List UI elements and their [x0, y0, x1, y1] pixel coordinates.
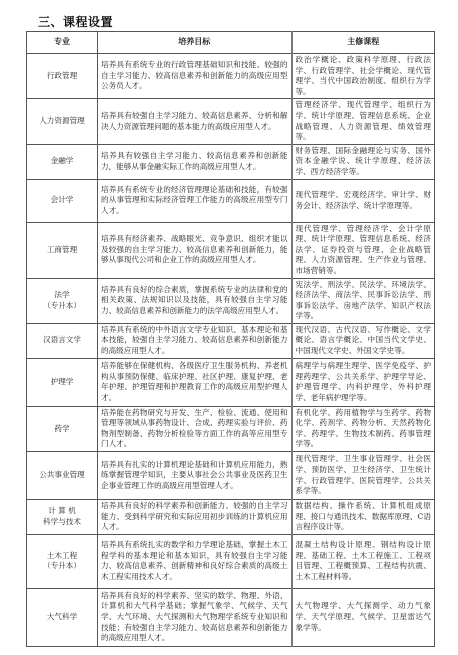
major-name: 法学: [30, 290, 94, 301]
major-name: 人力资源管理: [30, 116, 94, 127]
training-goal-cell: 培养具有经济素养、战略眼光、竞争意识、组织才能以及较强的自主学习能力、较高信息素…: [98, 222, 292, 278]
major-cell: 人力资源管理: [27, 99, 98, 144]
table-header-row: 专业 培养目标 主修课程: [27, 32, 435, 54]
major-name: 会计学: [30, 195, 94, 206]
main-courses-cell: 大气物理学、大气探测学、动力气象学、天气学原理、气候学、卫星雷达气象学等。: [292, 588, 435, 646]
major-name: 药学: [30, 424, 94, 435]
main-courses-cell: 现代管理学、管理经济学、会计学原理、统计学原理、管理信息系统、经济法学、证券投资…: [292, 222, 435, 278]
major-cell: 汉语言文学: [27, 323, 98, 358]
major-cell: 土木工程（专升本）: [27, 534, 98, 588]
table-row: 药学培养能在药物研究与开发、生产、检验、流通、使用和管理等领域从事药物设计、合成…: [27, 406, 435, 451]
table-row: 汉语言文学培养具有系统的中外语言文学专业知识、基本理论和基本技能，较强自主学习能…: [27, 323, 435, 358]
training-goal-cell: 培养具有较强自主学习能力、较高信息素养和创新能力，能够从事金融实际工作的高级应用…: [98, 144, 292, 179]
training-goal-cell: 培养具有系统专业的经济管理理论基础和技能，有较强的从事管理和实际经济管理工作能力…: [98, 179, 292, 222]
major-cell: 计 算 机科学与技术: [27, 500, 98, 535]
main-courses-cell: 病理学与病理生理学、医学免疫学、护理药理学、公共关系学、护理学导论、护理管理学、…: [292, 358, 435, 406]
header-goal: 培养目标: [98, 32, 292, 54]
major-subtitle: （专升本）: [30, 561, 94, 572]
major-name: 大气科学: [30, 612, 94, 623]
main-courses-cell: 现代管理学、宏观经济学、审计学、财务会计、经济法学、统计学原理等。: [292, 179, 435, 222]
header-courses: 主修课程: [292, 32, 435, 54]
training-goal-cell: 培养能在药物研究与开发、生产、检验、流通、使用和管理等领域从事药物设计、合成、药…: [98, 406, 292, 451]
major-cell: 金融学: [27, 144, 98, 179]
main-courses-cell: 现代管理学、卫生事业管理学、社会医学、预防医学、卫生经济学、卫生统计学、行政管理…: [292, 452, 435, 500]
major-cell: 行政管理: [27, 54, 98, 99]
main-courses-cell: 财务管理、国际金融理论与实务、国外资本金融学说、统计学原理、经济法学、西方经济学…: [292, 144, 435, 179]
major-name: 计 算 机: [30, 506, 94, 517]
major-subtitle: （专升本）: [30, 301, 94, 312]
major-name: 金融学: [30, 156, 94, 167]
training-goal-cell: 培养具有扎实的计算机理论基础和计算机应用能力，熟练掌握管理学知识，主要从事社会公…: [98, 452, 292, 500]
major-name: 行政管理: [30, 71, 94, 82]
table-row: 大气科学培养具有良好的科学素养、坚实的数学、物理、外语、计算机和大气科学基础；掌…: [27, 588, 435, 646]
major-cell: 工商管理: [27, 222, 98, 278]
major-cell: 护理学: [27, 358, 98, 406]
main-courses-cell: 数据结构、操作系统、计算机组成原理、接口与通讯技术、数据库原理、C语言程序设计等…: [292, 500, 435, 535]
main-courses-cell: 管理经济学、现代管理学、组织行为学、统计学原理、管理信息系统、企业战略管理、人力…: [292, 99, 435, 144]
section-title: 三、课程设置: [38, 13, 113, 30]
table-row: 法学（专升本）培养具有良好的综合素质，掌握系统专业的法律和党的相关政策、法规知识…: [27, 278, 435, 323]
main-courses-cell: 政治学概论、政策科学原理、行政法学、行政管理学、社会学概论、现代管理学、当代中国…: [292, 54, 435, 99]
training-goal-cell: 培养具有系统的中外语言文学专业知识、基本理论和基本技能，较强自主学习能力、较高信…: [98, 323, 292, 358]
training-goal-cell: 培养具有较强自主学习能力、较高信息素养、分析和解决人力资源管理问题的基本能力的高…: [98, 99, 292, 144]
table-row: 护理学培养能够在保健机构、各级医疗卫生服务机构、养老机构从事预防保健、临床护理、…: [27, 358, 435, 406]
table-row: 土木工程（专升本）培养具有系统扎实的数学和力学理论基础，掌握土木工程学科的基本理…: [27, 534, 435, 588]
major-name: 公共事业管理: [30, 470, 94, 481]
main-courses-cell: 宪法学、刑法学、民法学、环境法学、经济法学、商法学、民事诉讼法学、刑事诉讼法学、…: [292, 278, 435, 323]
major-name: 护理学: [30, 377, 94, 388]
curriculum-table: 专业 培养目标 主修课程 行政管理培养具有系统专业的行政管理基础知识和技能、较强…: [26, 31, 435, 647]
table-row: 行政管理培养具有系统专业的行政管理基础知识和技能、较强的自主学习能力、较高信息素…: [27, 54, 435, 99]
major-name: 工商管理: [30, 245, 94, 256]
main-courses-cell: 混凝土结构设计原理、钢结构设计原理、基础工程、土木工程施工、工程项目管理、工程概…: [292, 534, 435, 588]
major-name: 汉语言文学: [30, 335, 94, 346]
table-row: 人力资源管理培养具有较强自主学习能力、较高信息素养、分析和解决人力资源管理问题的…: [27, 99, 435, 144]
major-cell: 法学（专升本）: [27, 278, 98, 323]
major-subtitle: 科学与技术: [30, 517, 94, 528]
training-goal-cell: 培养具有良好的科学素养、坚实的数学、物理、外语、计算机和大气科学基础；掌握气象学…: [98, 588, 292, 646]
training-goal-cell: 培养具有系统专业的行政管理基础知识和技能、较强的自主学习能力、较高信息素养和创新…: [98, 54, 292, 99]
training-goal-cell: 培养具有良好的科学素养和创新能力、较强的自主学习能力、受到科学研究和实际应用初步…: [98, 500, 292, 535]
main-courses-cell: 现代汉语、古代汉语、写作概论、文学概论、语言学概论、中国当代文学史、中国现代文学…: [292, 323, 435, 358]
table-row: 计 算 机科学与技术培养具有良好的科学素养和创新能力、较强的自主学习能力、受到科…: [27, 500, 435, 535]
major-cell: 药学: [27, 406, 98, 451]
header-major: 专业: [27, 32, 98, 54]
main-courses-cell: 有机化学、药用植物学与生药学、药物化学、药剂学、药物分析、天然药物化学、药理学、…: [292, 406, 435, 451]
training-goal-cell: 培养能够在保健机构、各级医疗卫生服务机构、养老机构从事预防保健、临床护理、社区护…: [98, 358, 292, 406]
major-cell: 大气科学: [27, 588, 98, 646]
major-name: 土木工程: [30, 551, 94, 562]
table-row: 金融学培养具有较强自主学习能力、较高信息素养和创新能力，能够从事金融实际工作的高…: [27, 144, 435, 179]
table-row: 工商管理培养具有经济素养、战略眼光、竞争意识、组织才能以及较强的自主学习能力、较…: [27, 222, 435, 278]
training-goal-cell: 培养具有系统扎实的数学和力学理论基础，掌握土木工程学科的基本理论和基本知识，具有…: [98, 534, 292, 588]
table-row: 公共事业管理培养具有扎实的计算机理论基础和计算机应用能力，熟练掌握管理学知识，主…: [27, 452, 435, 500]
major-cell: 会计学: [27, 179, 98, 222]
major-cell: 公共事业管理: [27, 452, 98, 500]
training-goal-cell: 培养具有良好的综合素质，掌握系统专业的法律和党的相关政策、法规知识以及技能，具有…: [98, 278, 292, 323]
table-row: 会计学培养具有系统专业的经济管理理论基础和技能，有较强的从事管理和实际经济管理工…: [27, 179, 435, 222]
